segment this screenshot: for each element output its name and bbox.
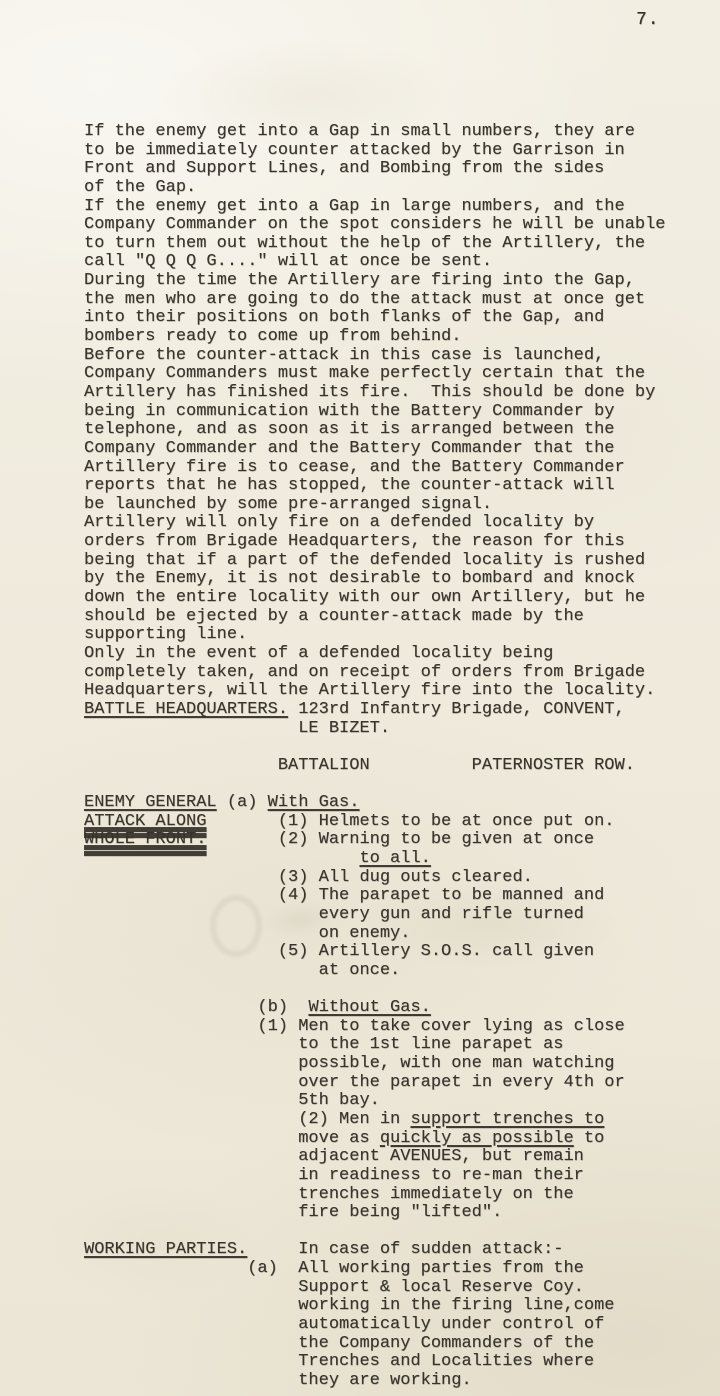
- document-line: (4) The parapet to be manned and: [84, 887, 720, 906]
- document-line: at once.: [84, 962, 720, 981]
- document-line: supporting line.: [84, 626, 720, 645]
- document-line: automatically under control of: [84, 1316, 720, 1335]
- document-line: working in the firing line,come: [84, 1297, 720, 1316]
- document-line: Headquarters, will the Artillery fire in…: [84, 682, 720, 701]
- page-sheet: 7. If the enemy get into a Gap in small …: [0, 0, 720, 1396]
- document-line: to turn them out without the help of the…: [84, 235, 720, 254]
- document-line: Support & local Reserve Coy.: [84, 1279, 720, 1298]
- document-line: by the Enemy, it is not desirable to bom…: [84, 570, 720, 589]
- text-segment: trenches immediately on the: [84, 1185, 574, 1204]
- document-line: Company Commanders must make perfectly c…: [84, 365, 720, 384]
- text-segment: Only in the event of a defended locality…: [84, 644, 553, 663]
- text-segment: bombers ready to come up from behind.: [84, 327, 461, 346]
- underlined-text-segment: quickly as possible: [380, 1129, 574, 1148]
- underlined-text-segment: Without Gas.: [308, 998, 430, 1017]
- document-line: orders from Brigade Headquarters, the re…: [84, 533, 720, 552]
- text-segment: to be immediately counter attacked by th…: [84, 141, 625, 160]
- document-line: move as quickly as possible to: [84, 1130, 720, 1149]
- document-line: being that if a part of the defended loc…: [84, 552, 720, 571]
- text-segment: (1) Men to take cover lying as close: [84, 1017, 625, 1036]
- text-segment: fire being "lifted".: [84, 1203, 502, 1222]
- document-line: [84, 980, 720, 999]
- document-line: into their positions on both flanks of t…: [84, 309, 720, 328]
- document-line: Artillery will only fire on a defended l…: [84, 514, 720, 533]
- text-segment: During the time the Artillery are firing…: [84, 271, 635, 290]
- text-segment: (2) Warning to be given at once: [206, 830, 594, 849]
- text-segment: over the parapet in every 4th or: [84, 1073, 625, 1092]
- text-segment: possible, with one man watching: [84, 1054, 615, 1073]
- text-segment: the men who are going to do the attack m…: [84, 290, 645, 309]
- document-line: to be immediately counter attacked by th…: [84, 142, 720, 161]
- text-segment: LE BIZET.: [84, 719, 390, 738]
- text-segment: Front and Support Lines, and Bombing fro…: [84, 159, 604, 178]
- text-segment: (a): [217, 793, 268, 812]
- text-segment: to the 1st line parapet as: [84, 1035, 563, 1054]
- underlined-text-segment: ENEMY GENERAL: [84, 793, 217, 812]
- text-segment: being that if a part of the defended loc…: [84, 551, 645, 570]
- document-line: Only in the event of a defended locality…: [84, 645, 720, 664]
- text-segment: (a) All working parties from the: [84, 1259, 584, 1278]
- document-line: (a) All working parties from the: [84, 1260, 720, 1279]
- document-line: (2) Men in support trenches to: [84, 1111, 720, 1130]
- document-line: (b) Without Gas.: [84, 999, 720, 1018]
- text-segment: If the enemy get into a Gap in large num…: [84, 197, 625, 216]
- text-segment: automatically under control of: [84, 1315, 604, 1334]
- text-segment: Artillery will only fire on a defended l…: [84, 513, 594, 532]
- text-segment: [84, 849, 359, 868]
- document-line: in readiness to re-man their: [84, 1167, 720, 1186]
- document-line: over the parapet in every 4th or: [84, 1074, 720, 1093]
- document-line: Artillery fire is to cease, and the Batt…: [84, 459, 720, 478]
- text-segment: being in communication with the Battery …: [84, 402, 615, 421]
- text-segment: telephone, and as soon as it is arranged…: [84, 420, 615, 439]
- text-segment: of the Gap.: [84, 178, 196, 197]
- document-line: Front and Support Lines, and Bombing fro…: [84, 160, 720, 179]
- document-line: 5th bay.: [84, 1092, 720, 1111]
- text-segment: (2) Men in: [84, 1110, 410, 1129]
- document-line: (1) Men to take cover lying as close: [84, 1018, 720, 1037]
- text-segment: 123rd Infantry Brigade, CONVENT,: [288, 700, 625, 719]
- text-segment: (1) Helmets to be at once put on.: [206, 812, 614, 831]
- underlined-text-segment: ATTACK ALONG: [84, 812, 206, 831]
- document-line: [84, 1223, 720, 1242]
- document-line: the men who are going to do the attack m…: [84, 291, 720, 310]
- text-segment: Company Commander and the Battery Comman…: [84, 439, 615, 458]
- text-segment: to: [574, 1129, 605, 1148]
- text-segment: adjacent AVENUES, but remain: [84, 1147, 584, 1166]
- document-line: fire being "lifted".: [84, 1204, 720, 1223]
- text-segment: BATTALION PATERNOSTER ROW.: [84, 756, 635, 775]
- underlined-text-segment: WHOLE FRONT.: [84, 830, 206, 849]
- document-line: to the 1st line parapet as: [84, 1036, 720, 1055]
- document-line: [84, 738, 720, 757]
- text-segment: Artillery fire is to cease, and the Batt…: [84, 458, 625, 477]
- text-segment: In case of sudden attack:-: [247, 1240, 563, 1259]
- text-segment: down the entire locality with our own Ar…: [84, 588, 645, 607]
- document-lines: If the enemy get into a Gap in small num…: [84, 123, 720, 1391]
- page-number: 7.: [636, 10, 660, 30]
- document-line: completely taken, and on receipt of orde…: [84, 664, 720, 683]
- document-line: LE BIZET.: [84, 720, 720, 739]
- text-segment: every gun and rifle turned: [84, 905, 584, 924]
- document-line: call "Q Q Q G...." will at once be sent.: [84, 253, 720, 272]
- document-line: BATTALION PATERNOSTER ROW.: [84, 757, 720, 776]
- text-segment: (b): [84, 998, 308, 1017]
- document-line: (3) All dug outs cleared.: [84, 869, 720, 888]
- document-line: Trenches and Localities where: [84, 1353, 720, 1372]
- text-segment: working in the firing line,come: [84, 1296, 615, 1315]
- document-line: every gun and rifle turned: [84, 906, 720, 925]
- document-line: possible, with one man watching: [84, 1055, 720, 1074]
- document-line: Company Commander and the Battery Comman…: [84, 440, 720, 459]
- text-segment: Artillery has finished its fire. This sh…: [84, 383, 655, 402]
- document-line: BATTLE HEADQUARTERS. 123rd Infantry Brig…: [84, 701, 720, 720]
- text-segment: into their positions on both flanks of t…: [84, 308, 604, 327]
- text-segment: should be ejected by a counter-attack ma…: [84, 607, 584, 626]
- document-line: WHOLE FRONT. (2) Warning to be given at …: [84, 831, 720, 850]
- document-line: reports that he has stopped, the counter…: [84, 477, 720, 496]
- document-line: the Company Commanders of the: [84, 1335, 720, 1354]
- text-segment: on enemy.: [84, 924, 410, 943]
- document-line: trenches immediately on the: [84, 1186, 720, 1205]
- document-line: If the enemy get into a Gap in small num…: [84, 123, 720, 142]
- text-segment: Support & local Reserve Coy.: [84, 1278, 584, 1297]
- document-line: Before the counter-attack in this case i…: [84, 347, 720, 366]
- underlined-text-segment: to all.: [359, 849, 430, 868]
- document-line: be launched by some pre-arranged signal.: [84, 496, 720, 515]
- document-line: ATTACK ALONG (1) Helmets to be at once p…: [84, 813, 720, 832]
- document-line: bombers ready to come up from behind.: [84, 328, 720, 347]
- document-line: should be ejected by a counter-attack ma…: [84, 608, 720, 627]
- text-segment: (3) All dug outs cleared.: [84, 868, 533, 887]
- text-segment: Before the counter-attack in this case i…: [84, 346, 604, 365]
- text-segment: Headquarters, will the Artillery fire in…: [84, 681, 655, 700]
- text-segment: the Company Commanders of the: [84, 1334, 594, 1353]
- underlined-text-segment: BATTLE HEADQUARTERS.: [84, 700, 288, 719]
- document-line: ENEMY GENERAL (a) With Gas.: [84, 794, 720, 813]
- underlined-text-segment: support trenches to: [410, 1110, 604, 1129]
- text-segment: they are working.: [84, 1371, 472, 1390]
- document-line: WORKING PARTIES. In case of sudden attac…: [84, 1241, 720, 1260]
- underlined-text-segment: WORKING PARTIES.: [84, 1240, 247, 1259]
- document-line: [84, 775, 720, 794]
- document-line: If the enemy get into a Gap in large num…: [84, 198, 720, 217]
- text-segment: call "Q Q Q G...." will at once be sent.: [84, 252, 492, 271]
- document-line: (5) Artillery S.O.S. call given: [84, 943, 720, 962]
- text-segment: (4) The parapet to be manned and: [84, 886, 604, 905]
- text-segment: reports that he has stopped, the counter…: [84, 476, 615, 495]
- text-segment: supporting line.: [84, 625, 247, 644]
- document-line: they are working.: [84, 1372, 720, 1391]
- text-segment: completely taken, and on receipt of orde…: [84, 663, 645, 682]
- underlined-text-segment: With Gas.: [268, 793, 360, 812]
- text-segment: be launched by some pre-arranged signal.: [84, 495, 492, 514]
- text-segment: Company Commanders must make perfectly c…: [84, 364, 645, 383]
- text-segment: move as: [84, 1129, 380, 1148]
- text-segment: to turn them out without the help of the…: [84, 234, 645, 253]
- text-segment: at once.: [84, 961, 400, 980]
- document-line: Company Commander on the spot considers …: [84, 216, 720, 235]
- document-line: to all.: [84, 850, 720, 869]
- text-segment: Company Commander on the spot considers …: [84, 215, 666, 234]
- document-line: down the entire locality with our own Ar…: [84, 589, 720, 608]
- document-line: on enemy.: [84, 925, 720, 944]
- text-segment: (5) Artillery S.O.S. call given: [84, 942, 594, 961]
- document-line: of the Gap.: [84, 179, 720, 198]
- text-segment: by the Enemy, it is not desirable to bom…: [84, 569, 635, 588]
- text-segment: If the enemy get into a Gap in small num…: [84, 122, 635, 141]
- document-line: adjacent AVENUES, but remain: [84, 1148, 720, 1167]
- document-line: Artillery has finished its fire. This sh…: [84, 384, 720, 403]
- document-line: being in communication with the Battery …: [84, 403, 720, 422]
- document-line: During the time the Artillery are firing…: [84, 272, 720, 291]
- text-segment: 5th bay.: [84, 1091, 380, 1110]
- text-segment: orders from Brigade Headquarters, the re…: [84, 532, 625, 551]
- text-segment: in readiness to re-man their: [84, 1166, 584, 1185]
- text-segment: Trenches and Localities where: [84, 1352, 594, 1371]
- document-line: telephone, and as soon as it is arranged…: [84, 421, 720, 440]
